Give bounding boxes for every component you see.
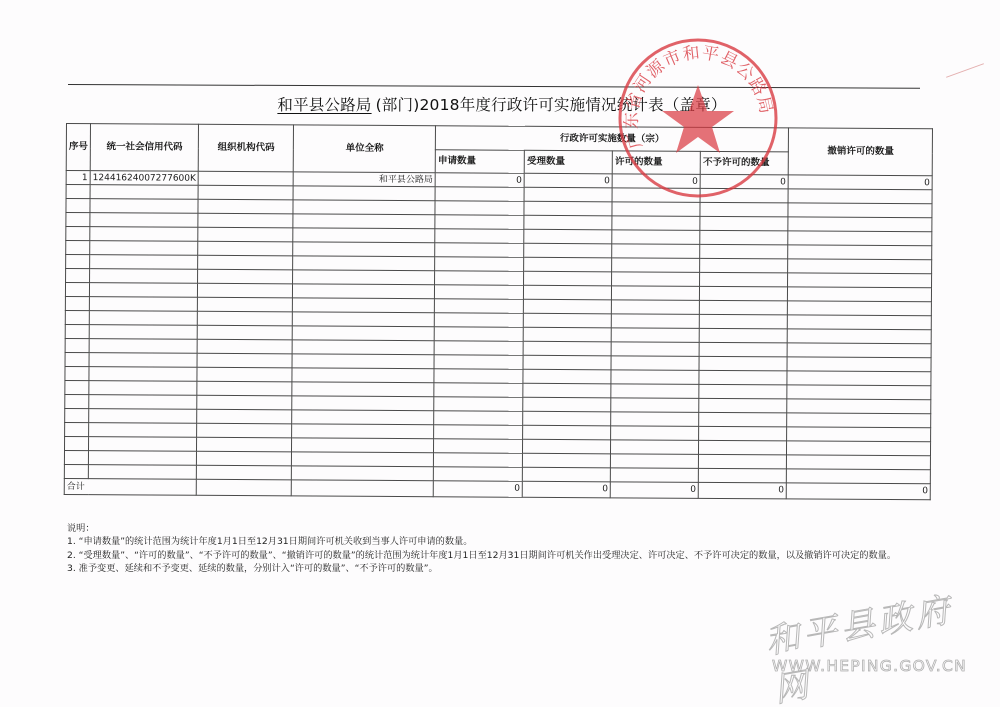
empty-cell	[699, 398, 787, 413]
empty-cell	[434, 439, 523, 454]
empty-cell	[524, 271, 612, 286]
empty-cell	[700, 202, 788, 217]
empty-cell	[700, 188, 788, 203]
empty-cell	[788, 245, 932, 260]
empty-cell	[787, 469, 931, 484]
empty-cell	[523, 369, 611, 384]
empty-cell	[65, 324, 89, 338]
note-item: 2. “受理数量”、“许可的数量”、“不予许可的数量”、“撤销许可的数量”的统计…	[67, 549, 912, 562]
empty-cell	[523, 467, 611, 482]
empty-cell	[699, 440, 787, 455]
empty-cell	[787, 357, 931, 372]
empty-cell	[292, 340, 434, 355]
empty-cell	[612, 286, 700, 301]
empty-cell	[66, 227, 90, 241]
empty-cell	[89, 395, 197, 410]
empty-cell	[292, 326, 434, 341]
empty-cell	[700, 272, 788, 287]
scan-mark	[946, 63, 984, 78]
empty-cell	[787, 441, 931, 456]
empty-cell	[699, 342, 787, 357]
empty-cell	[788, 273, 932, 288]
empty-cell	[292, 396, 434, 411]
empty-cell	[434, 397, 523, 412]
empty-cell	[292, 354, 434, 369]
empty-cell	[90, 269, 198, 284]
note-item: 3. 准予变更、延续和不予变更、延续的数量，分别计入“许可的数量”、“不予许可的…	[67, 562, 927, 575]
empty-cell	[788, 301, 932, 316]
cell-credit-code: 12441624007277600K	[90, 171, 198, 186]
empty-cell	[89, 311, 197, 326]
document-title: 和平县公路局(部门)2018年度行政许可实施情况统计表（盖章）	[0, 93, 1000, 115]
empty-cell	[198, 213, 293, 228]
empty-cell	[198, 269, 293, 284]
statistics-table-container: 序号 统一社会信用代码 组织机构代码 单位全称 行政许可实施数量（宗） 撤销许可…	[64, 123, 934, 500]
empty-cell	[787, 427, 931, 442]
cell-denied: 0	[700, 174, 788, 189]
watermark-url: WWW.HEPING.GOV.CN	[772, 657, 967, 675]
empty-cell	[434, 369, 523, 384]
empty-cell	[699, 468, 787, 483]
empty-cell	[787, 329, 931, 344]
cell-applied: 0	[435, 173, 524, 188]
empty-cell	[612, 314, 700, 329]
empty-cell	[293, 284, 435, 299]
empty-cell	[435, 215, 524, 230]
empty-cell	[64, 436, 88, 450]
empty-cell	[699, 412, 787, 427]
empty-cell	[434, 355, 523, 370]
empty-cell	[64, 464, 88, 478]
total-denied: 0	[698, 482, 786, 499]
empty-cell	[293, 298, 435, 313]
empty-cell	[293, 270, 435, 285]
empty-cell	[66, 199, 90, 213]
empty-cell	[65, 394, 89, 408]
empty-cell	[292, 452, 434, 467]
empty-cell	[699, 356, 787, 371]
title-unit-name: 和平县公路局	[273, 96, 375, 114]
empty-cell	[787, 343, 931, 358]
cell-accepted: 0	[524, 173, 612, 188]
empty-cell	[90, 185, 198, 200]
header-accepted: 受理数量	[524, 150, 612, 174]
empty-cell	[66, 241, 90, 255]
empty-cell	[293, 228, 435, 243]
empty-cell	[523, 341, 611, 356]
cell-unit-name: 和平县公路局	[293, 172, 435, 187]
empty-cell	[435, 285, 524, 300]
empty-cell	[435, 201, 524, 216]
note-item: 1. “申请数量”的统计范围为统计年度1月1日至12月31日期间许可机关收到当事…	[67, 535, 927, 548]
empty-cell	[292, 368, 434, 383]
empty-cell	[435, 243, 524, 258]
empty-cell	[66, 269, 90, 283]
empty-cell	[611, 328, 699, 343]
empty-cell	[524, 201, 612, 216]
empty-cell	[612, 230, 700, 245]
empty-cell	[198, 227, 293, 242]
empty-cell	[788, 189, 932, 204]
empty-cell	[65, 310, 89, 324]
empty-cell	[699, 384, 787, 399]
empty-cell	[788, 217, 932, 232]
empty-cell	[197, 423, 292, 438]
total-unit-name	[291, 480, 433, 497]
empty-cell	[434, 383, 523, 398]
empty-cell	[611, 426, 699, 441]
empty-cell	[198, 199, 293, 214]
empty-cell	[524, 215, 612, 230]
header-org-code: 组织机构代码	[198, 124, 293, 172]
empty-cell	[293, 312, 435, 327]
empty-cell	[434, 411, 523, 426]
empty-cell	[89, 367, 197, 382]
empty-cell	[292, 410, 434, 425]
empty-cell	[435, 229, 524, 244]
empty-cell	[435, 299, 524, 314]
empty-cell	[699, 454, 787, 469]
empty-cell	[700, 258, 788, 273]
empty-cell	[89, 283, 197, 298]
empty-cell	[66, 213, 90, 227]
empty-cell	[435, 187, 524, 202]
empty-cell	[89, 381, 197, 396]
empty-cell	[523, 425, 611, 440]
total-label: 合计	[64, 478, 196, 495]
empty-cell	[293, 242, 435, 257]
empty-cell	[611, 370, 699, 385]
empty-cell	[89, 437, 197, 452]
empty-cell	[611, 412, 699, 427]
empty-cell	[197, 367, 292, 382]
empty-cell	[787, 413, 931, 428]
empty-cell	[292, 382, 434, 397]
empty-cell	[611, 356, 699, 371]
empty-cell	[197, 451, 292, 466]
empty-cell	[89, 297, 197, 312]
empty-cell	[197, 381, 292, 396]
empty-cell	[788, 259, 932, 274]
empty-cell	[64, 450, 88, 464]
empty-cell	[523, 411, 611, 426]
empty-cell	[292, 424, 434, 439]
empty-cell	[435, 313, 524, 328]
empty-cell	[700, 216, 788, 231]
empty-cell	[612, 244, 700, 259]
total-revoked: 0	[786, 483, 930, 500]
empty-cell	[88, 465, 196, 480]
empty-cell	[65, 408, 89, 422]
empty-cell	[90, 227, 198, 242]
empty-cell	[523, 327, 611, 342]
empty-cell	[434, 327, 523, 342]
empty-cell	[611, 342, 699, 357]
empty-cell	[198, 311, 293, 326]
empty-cell	[292, 466, 434, 481]
empty-cell	[435, 257, 524, 272]
empty-cell	[700, 300, 788, 315]
empty-cell	[700, 244, 788, 259]
statistics-table: 序号 统一社会信用代码 组织机构代码 单位全称 行政许可实施数量（宗） 撤销许可…	[64, 123, 934, 500]
notes-section: 说明： 1. “申请数量”的统计范围为统计年度1月1日至12月31日期间许可机关…	[67, 522, 927, 575]
empty-cell	[524, 187, 612, 202]
empty-cell	[699, 370, 787, 385]
empty-cell	[89, 423, 197, 438]
empty-cell	[612, 202, 700, 217]
empty-cell	[65, 283, 89, 297]
empty-cell	[197, 437, 292, 452]
empty-cell	[524, 299, 612, 314]
header-permit-group: 行政许可实施数量（宗）	[436, 126, 789, 152]
table-body: 1 12441624007277600K 和平县公路局 0 0 0 0 0	[64, 171, 932, 484]
empty-cell	[89, 339, 197, 354]
empty-cell	[700, 230, 788, 245]
empty-cell	[197, 325, 292, 340]
empty-cell	[293, 256, 435, 271]
total-org-code	[196, 479, 291, 496]
header-revoked: 撤销许可的数量	[788, 128, 932, 176]
header-granted: 许可的数量	[612, 151, 700, 175]
empty-cell	[524, 313, 612, 328]
empty-cell	[198, 297, 293, 312]
header-seq: 序号	[66, 124, 90, 171]
empty-cell	[89, 353, 197, 368]
watermark-site-name: 和平县政府网	[761, 576, 997, 707]
empty-cell	[699, 426, 787, 441]
empty-cell	[787, 385, 931, 400]
empty-cell	[66, 255, 90, 269]
empty-cell	[197, 395, 292, 410]
notes-heading: 说明：	[67, 522, 927, 535]
empty-cell	[523, 355, 611, 370]
empty-cell	[612, 272, 700, 287]
total-granted: 0	[610, 482, 698, 499]
total-applied: 0	[433, 481, 522, 498]
empty-cell	[612, 300, 700, 315]
empty-cell	[524, 285, 612, 300]
empty-cell	[65, 422, 89, 436]
empty-cell	[523, 453, 611, 468]
empty-cell	[197, 465, 292, 480]
cell-revoked: 0	[788, 175, 932, 190]
header-credit-code: 统一社会信用代码	[90, 124, 199, 172]
empty-cell	[198, 255, 293, 270]
empty-cell	[66, 185, 90, 199]
cell-seq: 1	[66, 171, 90, 185]
empty-cell	[90, 199, 198, 214]
empty-cell	[524, 243, 612, 258]
empty-cell	[198, 241, 293, 256]
empty-cell	[65, 380, 89, 394]
empty-cell	[65, 366, 89, 380]
empty-cell	[788, 315, 932, 330]
empty-cell	[611, 440, 699, 455]
top-rule-divider	[68, 84, 920, 89]
empty-cell	[293, 214, 435, 229]
empty-cell	[700, 286, 788, 301]
empty-cell	[89, 325, 197, 340]
empty-cell	[434, 341, 523, 356]
empty-cell	[434, 425, 523, 440]
empty-cell	[197, 353, 292, 368]
empty-cell	[65, 338, 89, 352]
empty-cell	[90, 241, 198, 256]
scanned-document-page: 和平县公路局(部门)2018年度行政许可实施情况统计表（盖章） 序号 统一社会信…	[0, 0, 1000, 707]
empty-cell	[788, 231, 932, 246]
empty-cell	[434, 453, 523, 468]
empty-cell	[198, 283, 293, 298]
empty-cell	[293, 200, 435, 215]
empty-cell	[523, 397, 611, 412]
empty-cell	[524, 229, 612, 244]
empty-cell	[65, 296, 89, 310]
empty-cell	[523, 383, 611, 398]
empty-cell	[293, 186, 435, 201]
header-applied: 申请数量	[435, 150, 524, 174]
empty-cell	[788, 287, 932, 302]
empty-cell	[434, 467, 523, 482]
header-unit-name: 单位全称	[293, 125, 435, 173]
empty-cell	[788, 203, 932, 218]
site-watermark: 和平县政府网 WWW.HEPING.GOV.CN	[760, 595, 990, 695]
empty-cell	[197, 339, 292, 354]
empty-cell	[612, 258, 700, 273]
empty-cell	[292, 438, 434, 453]
header-denied: 不予许可的数量	[700, 151, 788, 175]
empty-cell	[90, 255, 198, 270]
empty-cell	[88, 451, 196, 466]
empty-cell	[523, 439, 611, 454]
cell-org-code	[198, 171, 293, 186]
title-text: (部门)2018年度行政许可实施情况统计表（盖章）	[376, 96, 727, 114]
empty-cell	[700, 314, 788, 329]
empty-cell	[787, 399, 931, 414]
empty-cell	[787, 455, 931, 470]
empty-cell	[787, 371, 931, 386]
empty-cell	[198, 185, 293, 200]
empty-cell	[611, 398, 699, 413]
empty-cell	[612, 188, 700, 203]
empty-cell	[524, 257, 612, 272]
empty-cell	[89, 409, 197, 424]
empty-cell	[611, 384, 699, 399]
empty-cell	[90, 213, 198, 228]
empty-cell	[699, 328, 787, 343]
empty-cell	[435, 271, 524, 286]
empty-cell	[612, 216, 700, 231]
empty-cell	[65, 352, 89, 366]
cell-granted: 0	[612, 174, 700, 189]
empty-cell	[197, 409, 292, 424]
total-accepted: 0	[522, 481, 610, 498]
empty-cell	[611, 454, 699, 469]
empty-cell	[611, 468, 699, 483]
